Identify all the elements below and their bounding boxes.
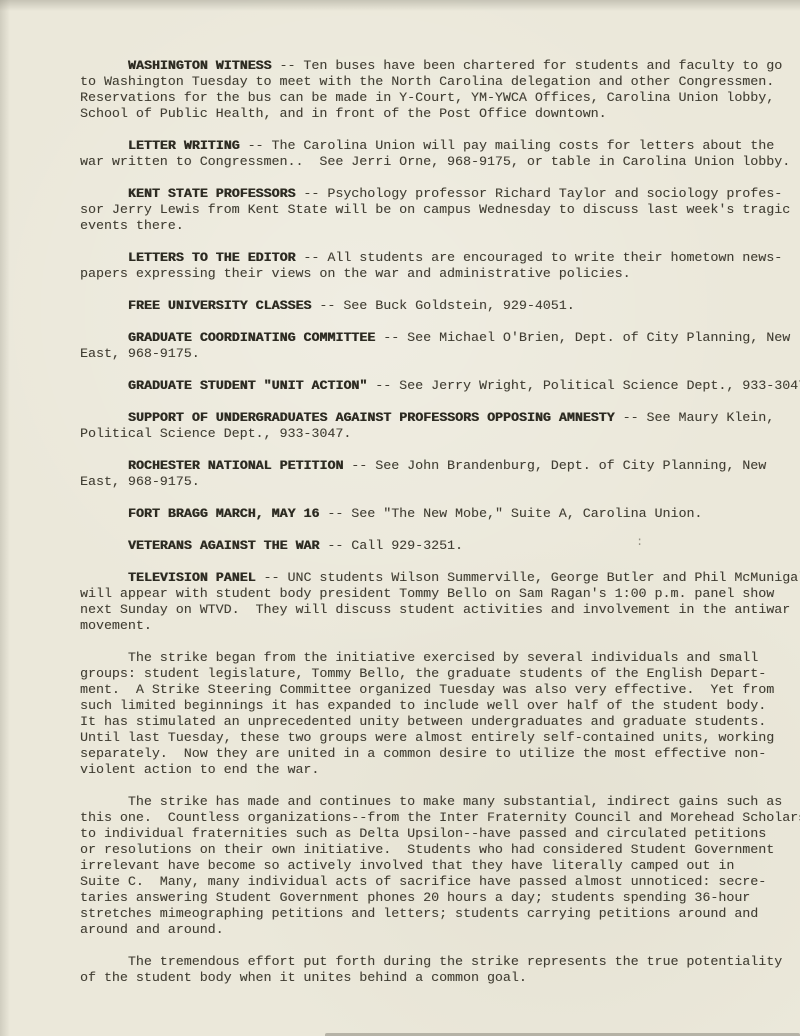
- announcement-television-panel: TELEVISION PANEL -- UNC students Wilson …: [80, 570, 800, 634]
- announcement-graduate-coordinating-committee: GRADUATE COORDINATING COMMITTEE -- See M…: [80, 330, 800, 362]
- announcement-title: TELEVISION PANEL: [80, 570, 256, 585]
- paragraph-strike-began: The strike began from the initiative exe…: [80, 650, 800, 778]
- stray-typewriter-mark: :: [636, 535, 643, 549]
- announcement-title: SUPPORT OF UNDERGRADUATES AGAINST PROFES…: [80, 410, 615, 425]
- announcement-title: VETERANS AGAINST THE WAR: [80, 538, 319, 553]
- announcement-title: WASHINGTON WITNESS: [80, 58, 272, 73]
- announcement-title: GRADUATE STUDENT "UNIT ACTION": [80, 378, 367, 393]
- paragraph-body: The strike began from the initiative exe…: [80, 650, 774, 777]
- announcement-title: GRADUATE COORDINATING COMMITTEE: [80, 330, 375, 345]
- announcement-body: -- See "The New Mobe," Suite A, Carolina…: [319, 506, 702, 521]
- announcement-letters-to-the-editor: LETTERS TO THE EDITOR -- All students ar…: [80, 250, 800, 282]
- announcement-title: LETTER WRITING: [80, 138, 240, 153]
- announcement-kent-state-professors: KENT STATE PROFESSORS -- Psychology prof…: [80, 186, 800, 234]
- paragraph-strike-gains: The strike has made and continues to mak…: [80, 794, 800, 938]
- paragraph-tremendous-effort: The tremendous effort put forth during t…: [80, 954, 800, 986]
- announcement-body: -- Call 929-3251.: [319, 538, 463, 553]
- announcement-rochester-national-petition: ROCHESTER NATIONAL PETITION -- See John …: [80, 458, 800, 490]
- announcement-letter-writing: LETTER WRITING -- The Carolina Union wil…: [80, 138, 800, 170]
- announcement-title: FORT BRAGG MARCH, MAY 16: [80, 506, 319, 521]
- announcement-body: -- See Jerry Wright, Political Science D…: [367, 378, 800, 393]
- announcement-title: FREE UNIVERSITY CLASSES: [80, 298, 311, 313]
- announcement-title: LETTERS TO THE EDITOR: [80, 250, 295, 265]
- announcement-support-of-undergraduates: SUPPORT OF UNDERGRADUATES AGAINST PROFES…: [80, 410, 800, 442]
- paragraph-body: The tremendous effort put forth during t…: [80, 954, 782, 985]
- announcement-title: KENT STATE PROFESSORS: [80, 186, 295, 201]
- announcement-fort-bragg-march: FORT BRAGG MARCH, MAY 16 -- See "The New…: [80, 506, 800, 522]
- announcement-graduate-student-unit-action: GRADUATE STUDENT "UNIT ACTION" -- See Je…: [80, 378, 800, 394]
- announcement-free-university-classes: FREE UNIVERSITY CLASSES -- See Buck Gold…: [80, 298, 800, 314]
- announcement-veterans-against-the-war: VETERANS AGAINST THE WAR -- Call 929-325…: [80, 538, 800, 554]
- announcement-washington-witness: WASHINGTON WITNESS -- Ten buses have bee…: [80, 58, 800, 122]
- announcement-body: -- See Buck Goldstein, 929-4051.: [311, 298, 574, 313]
- document-page: WASHINGTON WITNESS -- Ten buses have bee…: [0, 0, 800, 1036]
- announcement-title: ROCHESTER NATIONAL PETITION: [80, 458, 343, 473]
- paragraph-body: The strike has made and continues to mak…: [80, 794, 800, 937]
